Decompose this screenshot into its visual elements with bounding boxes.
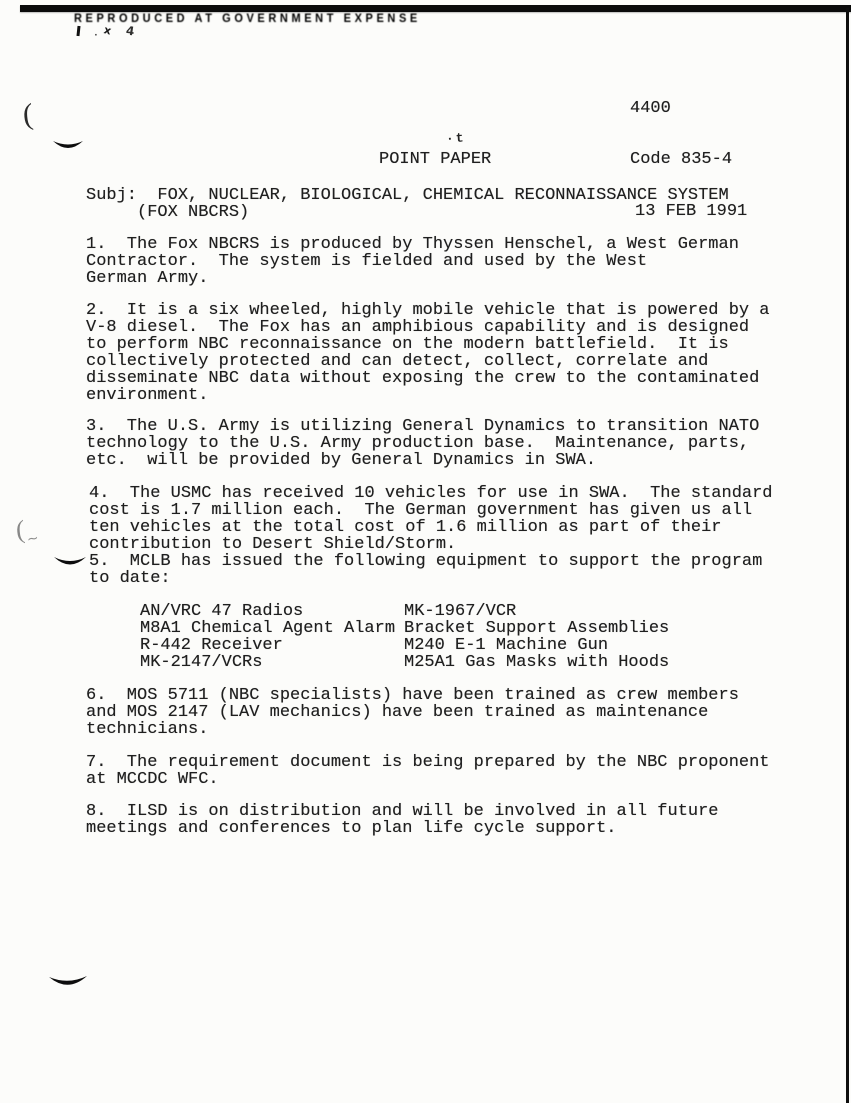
- header-code-number: 4400: [630, 100, 747, 117]
- pen-mark-squiggle: ~: [26, 530, 40, 548]
- paragraph-1: 1. The Fox NBCRS is produced by Thyssen …: [86, 236, 739, 287]
- paragraph-8: 8. ILSD is on distribution and will be i…: [86, 803, 719, 837]
- pen-scribble-x: x: [103, 23, 113, 37]
- equipment-item: MK-2147/VCRs: [140, 654, 262, 671]
- pen-mark-crescent-bottom: [48, 975, 88, 990]
- paragraph-2: 2. It is a six wheeled, highly mobile ve…: [86, 302, 770, 405]
- equipment-item: M25A1 Gas Masks with Hoods: [404, 654, 669, 671]
- paragraph-6: 6. MOS 5711 (NBC specialists) have been …: [86, 687, 739, 738]
- header-code-block: 4400 Code 835-4 13 FEB 1991: [630, 66, 747, 254]
- pen-mark-tick: ·t: [446, 130, 467, 146]
- equipment-item: AN/VRC 47 Radios: [140, 603, 303, 620]
- equipment-item: Bracket Support Assemblies: [404, 620, 669, 637]
- equipment-item: R-442 Receiver: [140, 637, 283, 654]
- pen-mark-paren-mid: (: [15, 515, 26, 546]
- pen-scribble-bar: [76, 26, 80, 36]
- paragraph-5: 5. MCLB has issued the following equipme…: [89, 553, 762, 587]
- scan-edge-top: [20, 5, 851, 12]
- equipment-item: M240 E-1 Machine Gun: [404, 637, 608, 654]
- document-page: REPRODUCED AT GOVERNMENT EXPENSE · x 4 4…: [0, 0, 851, 1103]
- paragraph-3: 3. The U.S. Army is utilizing General Dy…: [86, 418, 759, 469]
- equipment-list: AN/VRC 47 Radios MK-1967/VCR M8A1 Chemic…: [140, 603, 780, 671]
- header-code-line: Code 835-4: [630, 151, 747, 168]
- pen-mark-paren-top: (: [22, 98, 35, 133]
- equipment-row: M8A1 Chemical Agent Alarm Bracket Suppor…: [140, 620, 780, 637]
- paragraph-4: 4. The USMC has received 10 vehicles for…: [89, 485, 773, 553]
- pen-scribble-dot: ·: [94, 28, 98, 42]
- pen-mark-crescent-mid: [53, 556, 87, 569]
- scan-edge-right: [846, 8, 849, 1103]
- pen-scribble-num: 4: [125, 23, 135, 38]
- equipment-item: M8A1 Chemical Agent Alarm: [140, 620, 395, 637]
- document-title: POINT PAPER: [379, 151, 491, 168]
- paragraph-7: 7. The requirement document is being pre…: [86, 754, 770, 788]
- subject-line: Subj: FOX, NUCLEAR, BIOLOGICAL, CHEMICAL…: [86, 187, 729, 221]
- equipment-row: R-442 Receiver M240 E-1 Machine Gun: [140, 637, 780, 654]
- equipment-item: MK-1967/VCR: [404, 603, 516, 620]
- equipment-row: AN/VRC 47 Radios MK-1967/VCR: [140, 603, 780, 620]
- equipment-row: MK-2147/VCRs M25A1 Gas Masks with Hoods: [140, 654, 780, 671]
- pen-mark-crescent-top: [52, 140, 84, 152]
